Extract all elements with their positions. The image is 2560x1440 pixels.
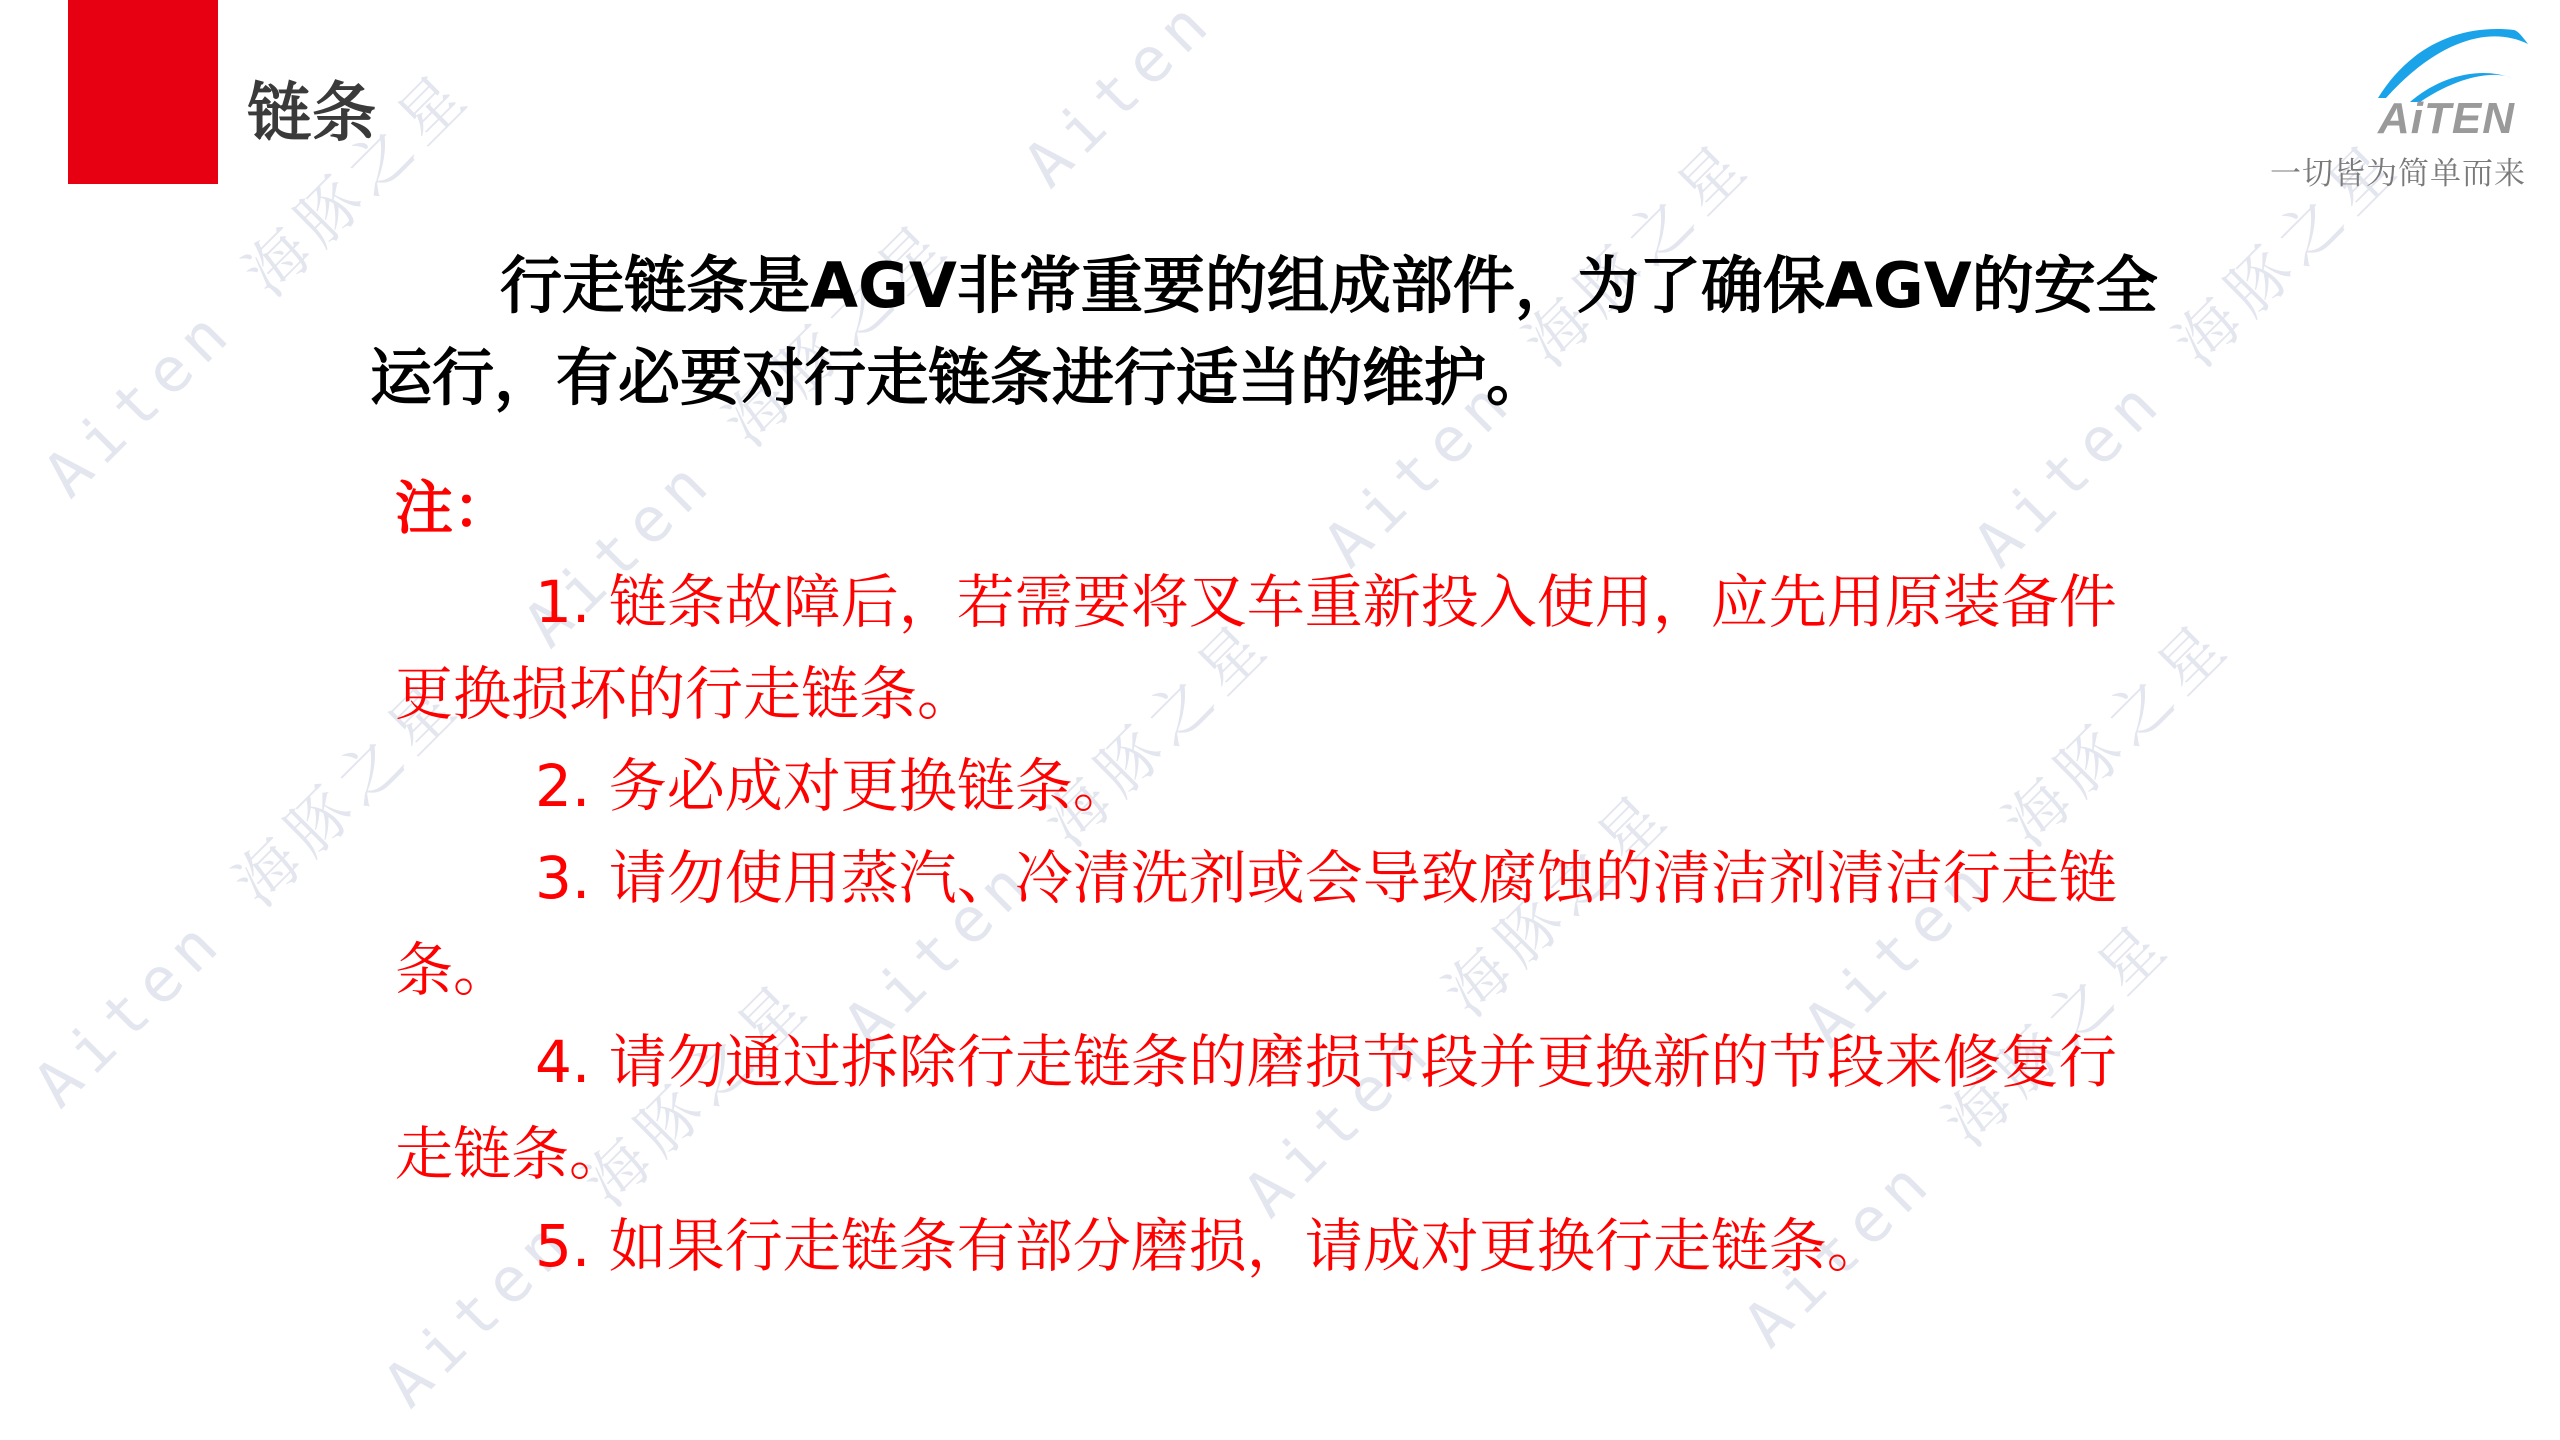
logo-arcs-icon xyxy=(2260,16,2540,106)
note-item-1: 1. 链条故障后，若需要将叉车重新投入使用，应先用原装备件更换损坏的行走链条。 xyxy=(395,556,2165,740)
notes-section: 注： 1. 链条故障后，若需要将叉车重新投入使用，应先用原装备件更换损坏的行走链… xyxy=(395,468,2165,1292)
intro-paragraph: 行走链条是AGV非常重要的组成部件，为了确保AGV的安全运行，有必要对行走链条进… xyxy=(370,240,2180,424)
logo-wordmark: AiTEN xyxy=(2378,94,2515,144)
slide-title: 链条 xyxy=(247,62,377,154)
note-item-2: 2. 务必成对更换链条。 xyxy=(395,740,2165,832)
note-item-5: 5. 如果行走链条有部分磨损，请成对更换行走链条。 xyxy=(395,1200,2165,1292)
note-item-3: 3. 请勿使用蒸汽、冷清洗剂或会导致腐蚀的清洁剂清洁行走链条。 xyxy=(395,832,2165,1016)
company-logo: AiTEN 一切皆为简单而来 xyxy=(2260,16,2540,191)
accent-bar xyxy=(68,0,218,184)
watermark: Aiten 海豚之星 xyxy=(1000,0,1467,203)
note-item-4: 4. 请勿通过拆除行走链条的磨损节段并更换新的节段来修复行走链条。 xyxy=(395,1016,2165,1200)
notes-heading: 注： xyxy=(395,468,2165,548)
logo-tagline: 一切皆为简单而来 xyxy=(2270,148,2526,193)
